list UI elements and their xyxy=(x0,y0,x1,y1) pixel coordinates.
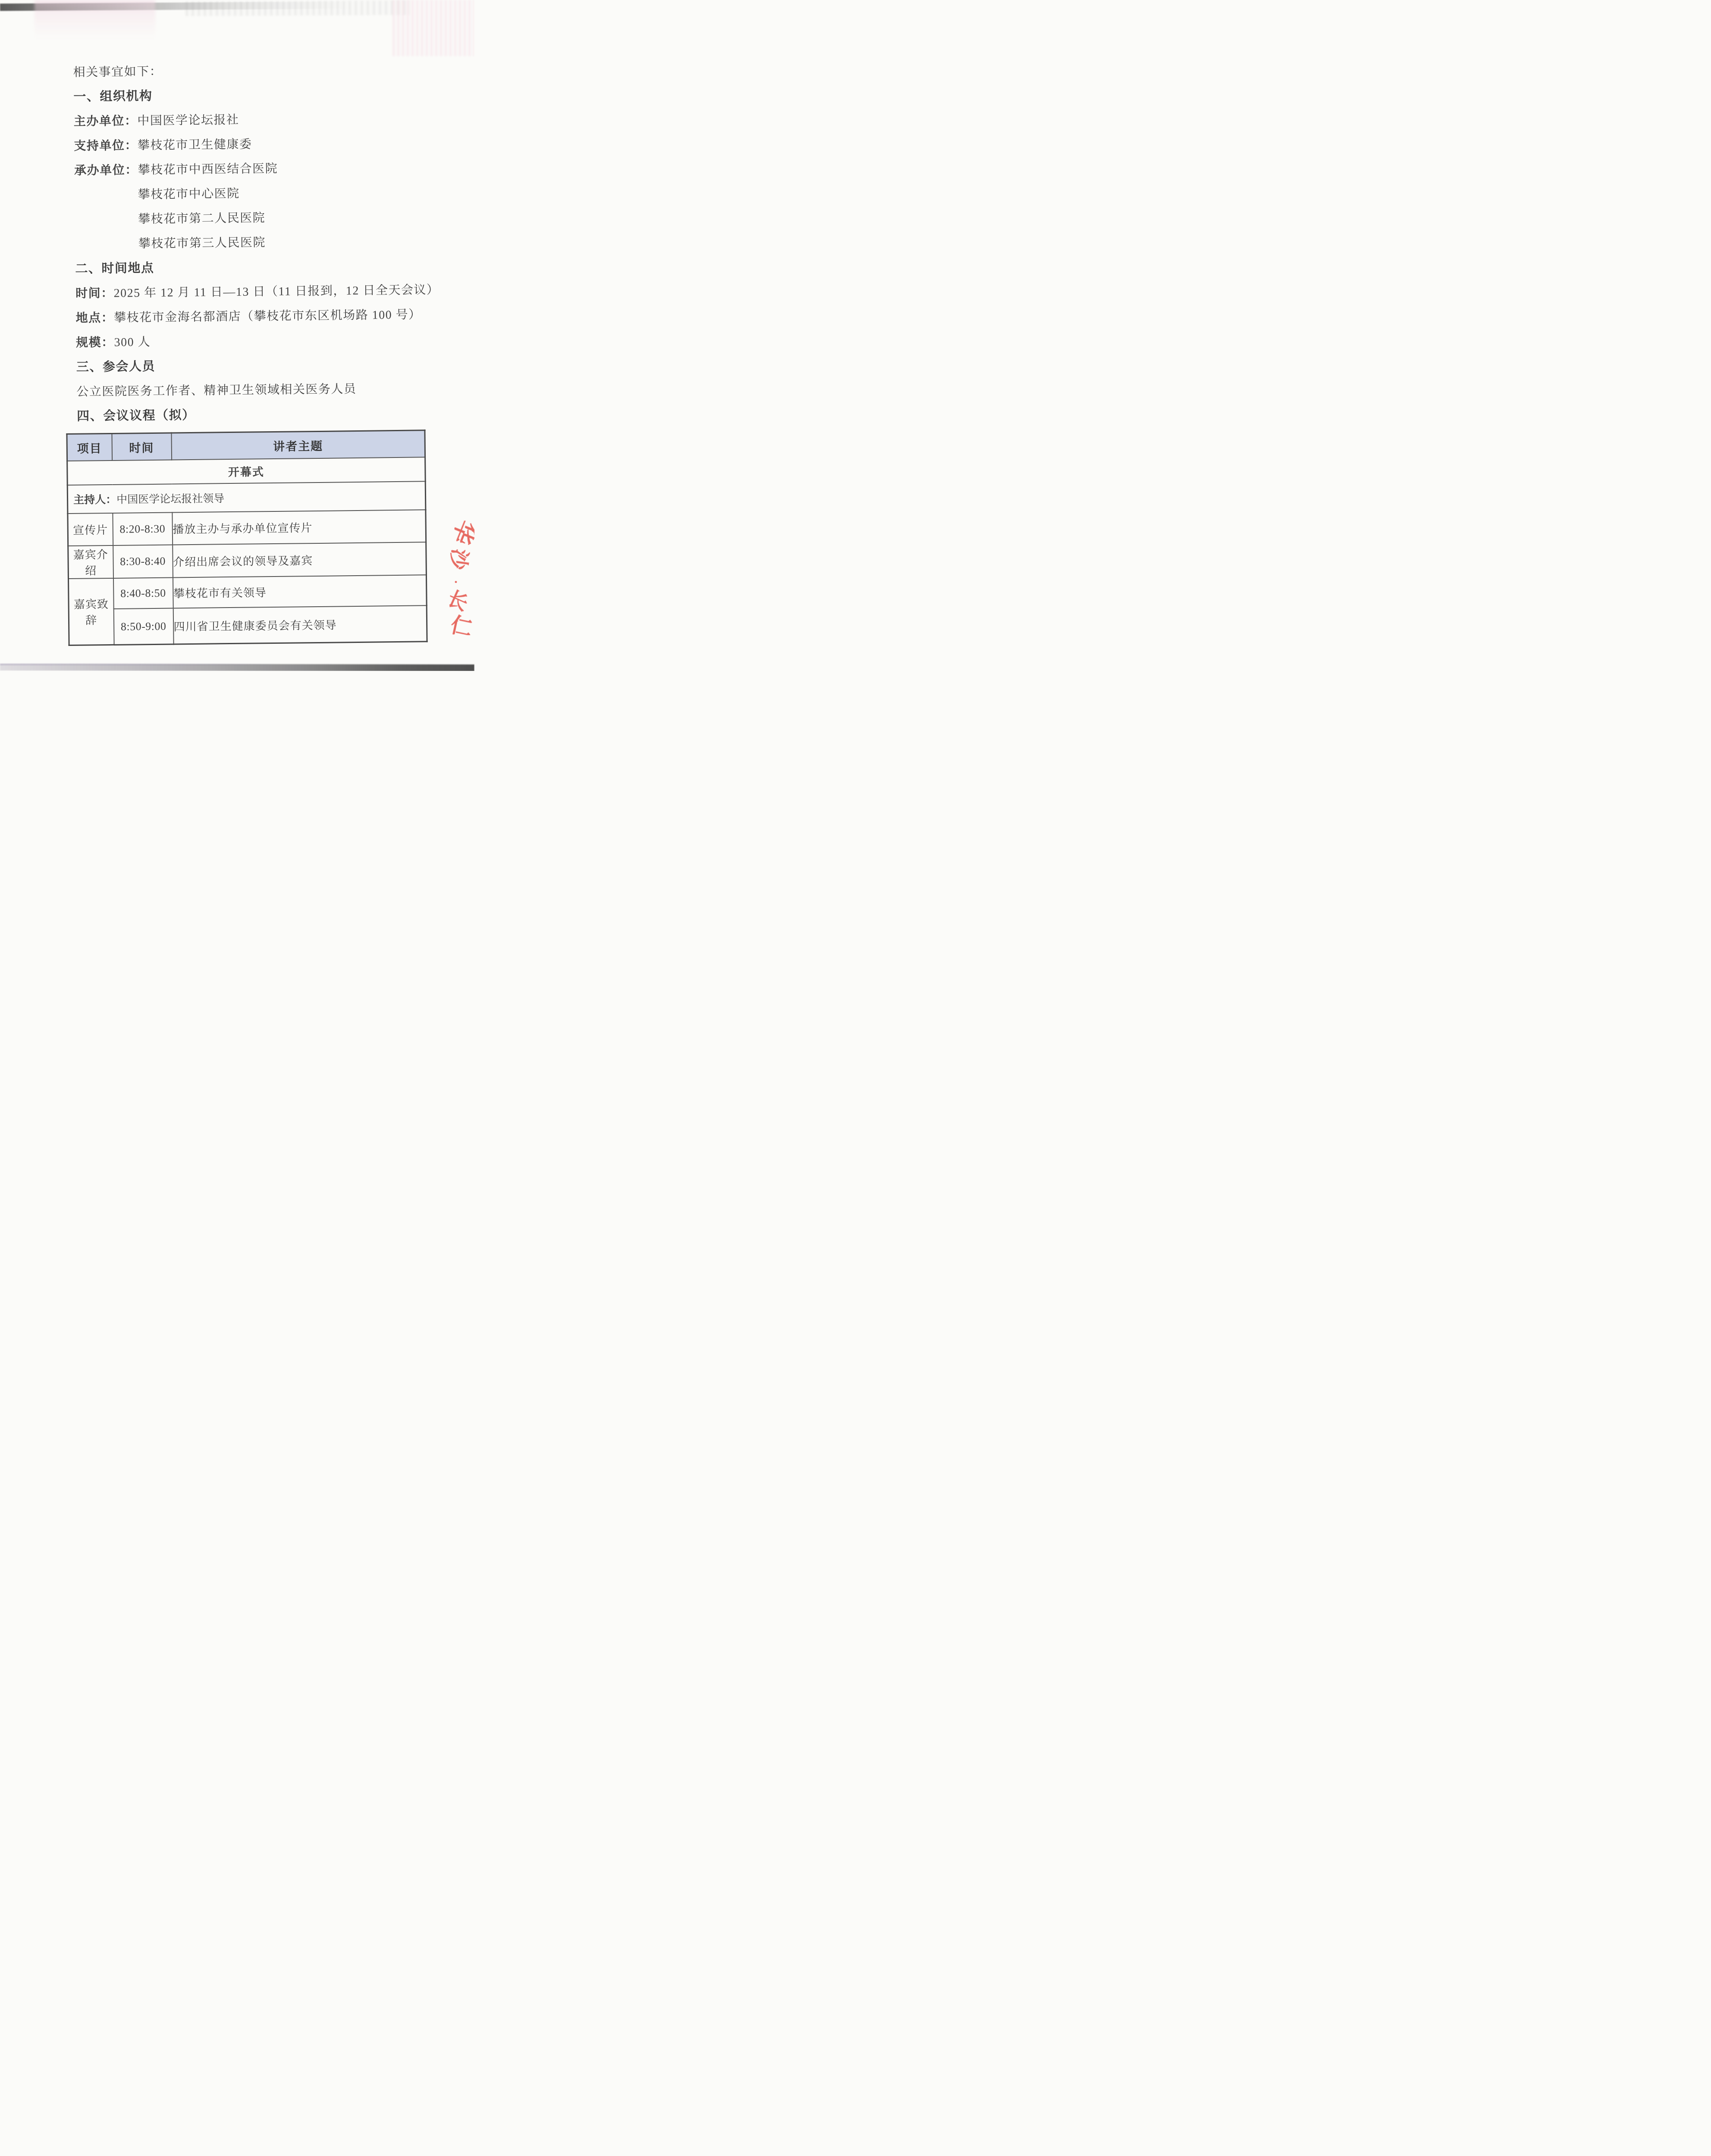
scale-value: 300 人 xyxy=(114,335,151,349)
agenda-cell-time: 8:50-9:00 xyxy=(113,608,173,645)
section4-heading: 四、会议议程（拟） xyxy=(1,400,474,430)
agenda-header-item: 项目 xyxy=(67,433,112,461)
agenda-header-time: 时间 xyxy=(112,433,172,461)
agenda-host-row: 主持人：中国医学论坛报社领导 xyxy=(67,481,426,514)
agenda-row-promo: 宣传片 8:20-8:30 播放主办与承办单位宣传片 xyxy=(68,510,426,546)
agenda-cell-topic: 介绍出席会议的领导及嘉宾 xyxy=(173,542,427,577)
supporter-label: 支持单位： xyxy=(74,139,138,153)
agenda-table: 项目 时间 讲者主题 开幕式 主持人：中国医学论坛报社领导 宣传片 8:20-8… xyxy=(66,429,427,646)
agenda-cell-topic: 播放主办与承办单位宣传片 xyxy=(172,510,426,545)
agenda-header-topic: 讲者主题 xyxy=(171,430,425,460)
document-body-text: 相关事宜如下： 一、组织机构 主办单位：中国医学论坛报社 支持单位：攀枝花市卫生… xyxy=(0,0,474,430)
agenda-cell-item: 嘉宾介绍 xyxy=(68,545,113,579)
host-value: 中国医学论坛报社领导 xyxy=(116,493,224,506)
undertaker-label: 承办单位： xyxy=(74,163,138,178)
agenda-section-title: 开幕式 xyxy=(67,457,426,485)
place-label: 地点： xyxy=(76,311,114,325)
host-label: 主持人： xyxy=(73,494,116,506)
seal-glyph-fragment: 华 xyxy=(447,520,474,550)
official-seal-fragment: 华 沙 · 长 仁 xyxy=(447,520,474,635)
scanned-document-page: 相关事宜如下： 一、组织机构 主办单位：中国医学论坛报社 支持单位：攀枝花市卫生… xyxy=(0,0,474,671)
place-line: 地点：攀枝花市金海名都酒店（攀枝花市东区机场路 100 号） xyxy=(0,302,474,332)
agenda-cell-item: 宣传片 xyxy=(68,513,113,546)
agenda-cell-topic: 四川省卫生健康委员会有关领导 xyxy=(173,605,427,644)
agenda-cell-time: 8:40-8:50 xyxy=(113,577,173,608)
undertaker-value: 攀枝花市中西医结合医院 xyxy=(138,162,278,177)
document-content: 相关事宜如下： 一、组织机构 主办单位：中国医学论坛报社 支持单位：攀枝花市卫生… xyxy=(0,0,474,647)
organizer-label: 主办单位： xyxy=(74,114,138,128)
agenda-row-speech-2: 8:50-9:00 四川省卫生健康委员会有关领导 xyxy=(69,605,427,645)
agenda-host-cell: 主持人：中国医学论坛报社领导 xyxy=(67,481,426,514)
supporter-value: 攀枝花市卫生健康委 xyxy=(138,138,252,152)
scan-artifact-bottom-band xyxy=(0,664,474,671)
agenda-section-row: 开幕式 xyxy=(67,457,426,485)
agenda-cell-item-rowspan: 嘉宾致辞 xyxy=(68,578,114,646)
agenda-row-guests: 嘉宾介绍 8:30-8:40 介绍出席会议的领导及嘉宾 xyxy=(68,542,427,579)
agenda-cell-topic: 攀枝花市有关领导 xyxy=(173,575,427,608)
agenda-cell-time: 8:20-8:30 xyxy=(113,512,173,545)
organizer-value: 中国医学论坛报社 xyxy=(137,113,239,128)
agenda-row-speech-1: 嘉宾致辞 8:40-8:50 攀枝花市有关领导 xyxy=(68,575,427,609)
time-label: 时间： xyxy=(75,287,114,301)
scale-label: 规模： xyxy=(76,336,114,350)
place-value: 攀枝花市金海名都酒店（攀枝花市东区机场路 100 号） xyxy=(114,308,421,324)
seal-glyph-fragment: 沙 xyxy=(447,547,474,572)
agenda-header-row: 项目 时间 讲者主题 xyxy=(67,430,425,461)
agenda-cell-time: 8:30-8:40 xyxy=(113,545,173,578)
time-value: 2025 年 12 月 11 日—13 日（11 日报到，12 日全天会议） xyxy=(113,283,439,300)
